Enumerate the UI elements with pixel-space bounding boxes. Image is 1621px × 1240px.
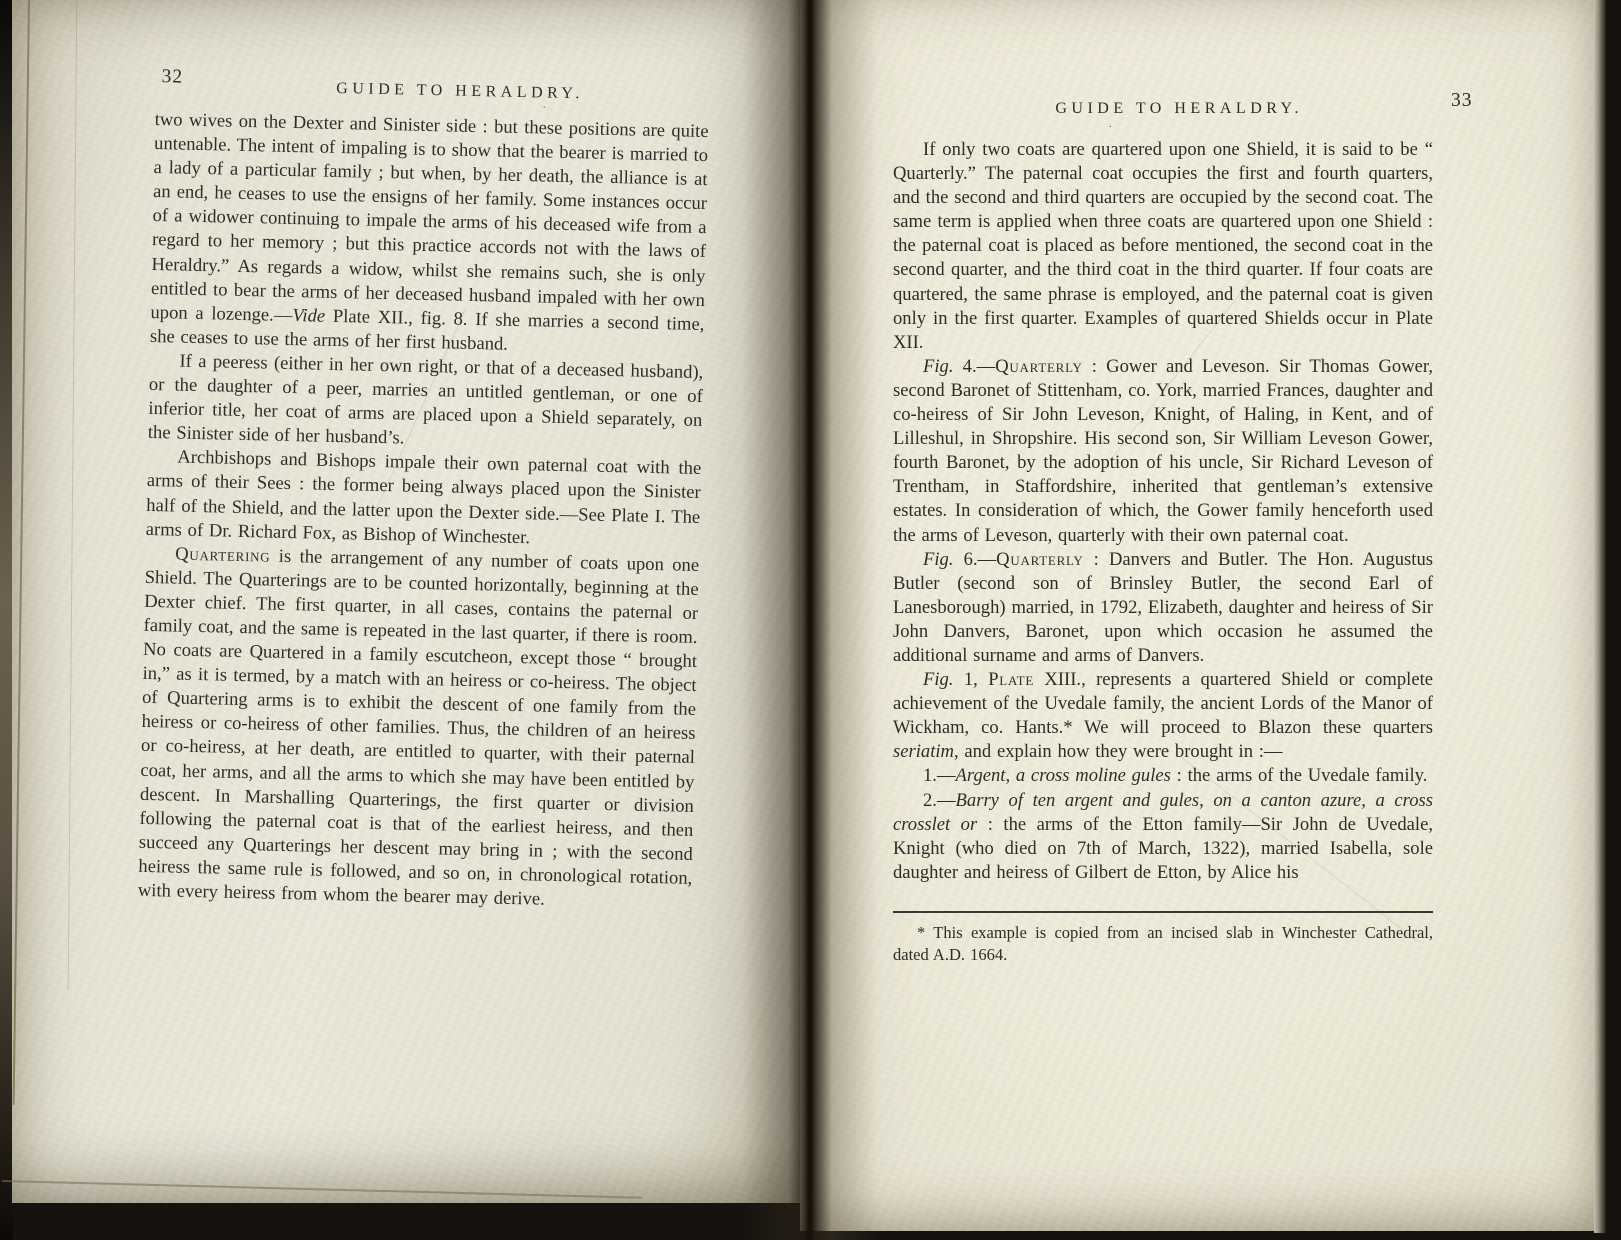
left-page-text-column: 32 GUIDE TO HERALDRY. . two wives on the… xyxy=(138,60,710,915)
smallcaps-text: Quartering xyxy=(175,543,271,566)
body-text: 2.— xyxy=(923,790,956,811)
running-header: GUIDE TO HERALDRY. xyxy=(1055,100,1303,118)
italic-text: Fig. xyxy=(923,549,953,570)
paragraph: If a peeress (either in her own right, o… xyxy=(148,349,704,457)
page-number: 32 xyxy=(161,66,183,88)
page-number: 33 xyxy=(1451,90,1473,112)
printer-mark: . xyxy=(543,98,546,110)
body-text: : Gower and Leveson. Sir Thomas Gower, s… xyxy=(893,356,1433,546)
book-fore-edge xyxy=(1594,0,1606,1233)
paragraph: Fig. 6.—Quarterly : Danvers and Butler. … xyxy=(893,548,1433,668)
footnote-block: * This example is copied from an incised… xyxy=(893,911,1433,967)
italic-text: Fig. xyxy=(923,669,953,690)
body-text: If a peeress (either in her own right, o… xyxy=(148,351,704,449)
paragraph: Fig. 1, Plate XIII., represents a quarte… xyxy=(893,668,1433,764)
italic-text: Vide xyxy=(292,305,325,327)
right-page-text-column: GUIDE TO HERALDRY. . 33 If only two coat… xyxy=(893,78,1433,967)
right-page-header: GUIDE TO HERALDRY. . 33 xyxy=(893,78,1433,138)
body-text: If only two coats are quartered upon one… xyxy=(893,139,1433,353)
left-page-body: two wives on the Dexter and Sinister sid… xyxy=(138,108,709,915)
italic-text: Fig. xyxy=(923,356,953,377)
smallcaps-text: Plate xyxy=(988,669,1034,690)
paragraph: If only two coats are quartered upon one… xyxy=(893,138,1433,355)
body-text: two wives on the Dexter and Sinister sid… xyxy=(150,109,709,326)
printer-mark: . xyxy=(1109,118,1112,130)
smallcaps-text: Quarterly xyxy=(996,549,1083,570)
right-page-body: If only two coats are quartered upon one… xyxy=(893,138,1433,885)
paragraph: two wives on the Dexter and Sinister sid… xyxy=(150,108,709,361)
body-text: 6.— xyxy=(953,549,996,570)
body-text: * This example is copied from an incised… xyxy=(893,923,1433,965)
paragraph: 1.—Argent, a cross moline gules : the ar… xyxy=(893,764,1433,788)
paragraph: 2.—Barry of ten argent and gules, on a c… xyxy=(893,789,1433,885)
paragraph: * This example is copied from an incised… xyxy=(893,922,1433,967)
body-text: : the arms of the Uvedale family. xyxy=(1171,765,1428,786)
italic-text: seriatim xyxy=(893,741,954,762)
italic-text: Argent, a cross moline gules xyxy=(956,765,1171,786)
paragraph: Quartering is the arrangement of any num… xyxy=(138,542,700,915)
paragraph: Fig. 4.—Quarterly : Gower and Leveson. S… xyxy=(893,355,1433,548)
body-text: 4.— xyxy=(953,356,995,377)
body-text: 1.— xyxy=(923,765,956,786)
smallcaps-text: Quarterly xyxy=(995,356,1082,377)
body-text: , and explain how they were brought in :… xyxy=(954,741,1283,762)
body-text: is the arrangement of any number of coat… xyxy=(138,545,700,909)
paragraph: Archbishops and Bishops impale their own… xyxy=(145,445,701,553)
book-scan: { "colors":{"background":"#16130f","pape… xyxy=(0,0,1621,1240)
body-text: Archbishops and Bishops impale their own… xyxy=(146,447,702,548)
running-header: GUIDE TO HERALDRY. xyxy=(336,80,584,103)
body-text: 1, xyxy=(953,669,988,690)
